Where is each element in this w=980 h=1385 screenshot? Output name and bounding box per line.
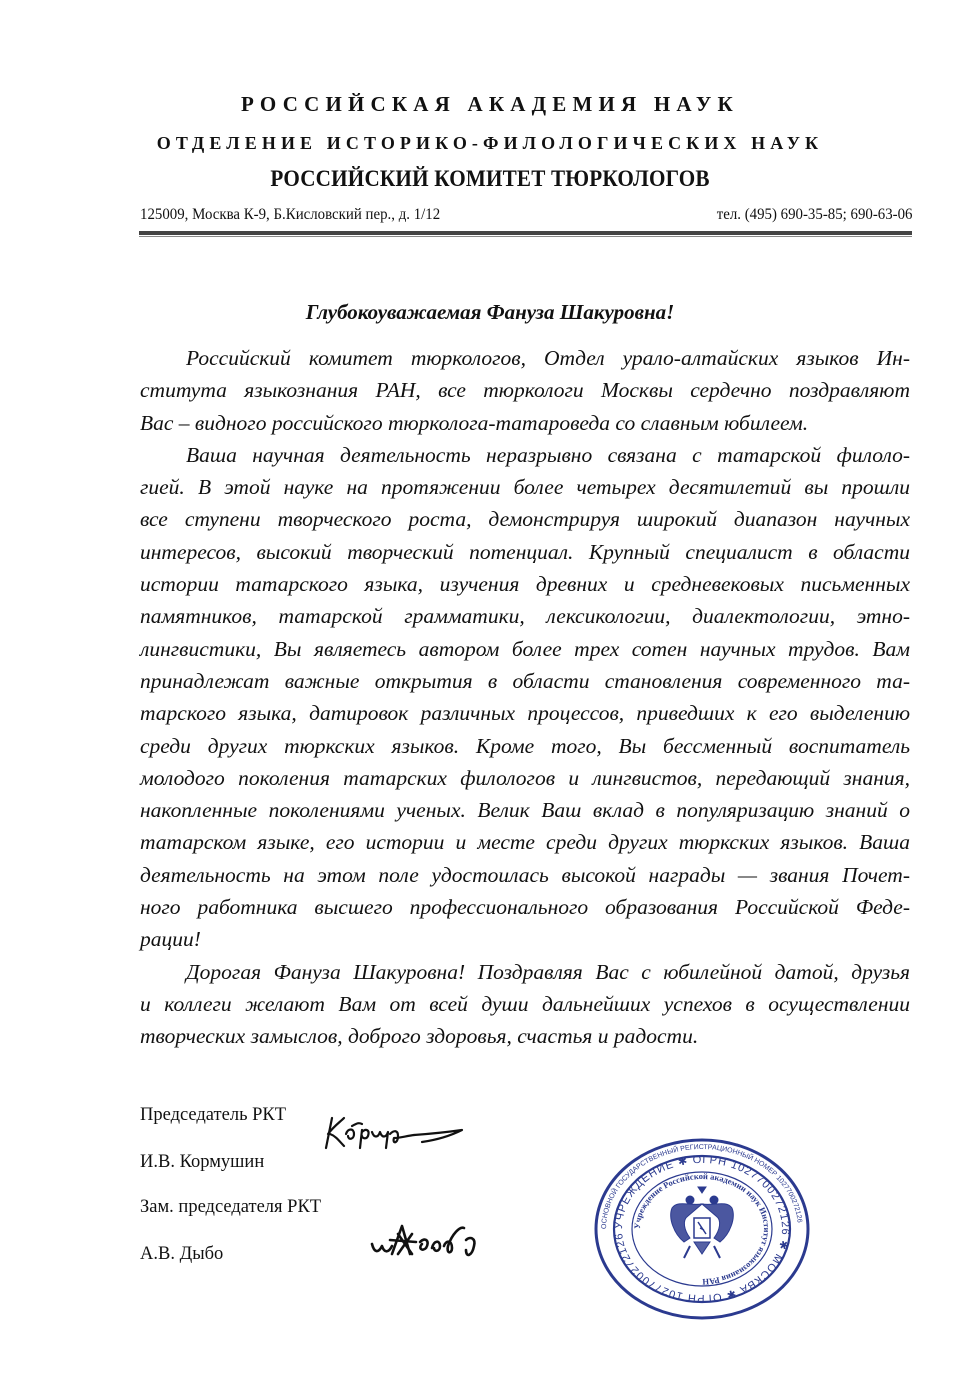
letter-page: РОССИЙСКАЯ АКАДЕМИЯ НАУК ОТДЕЛЕНИЕ ИСТОР… bbox=[0, 0, 980, 1385]
body-line: тарского языка, датировок различных проц… bbox=[140, 697, 910, 729]
body-line: ного работника высшего профессионального… bbox=[140, 891, 910, 923]
body-line: все ступени творческого роста, демонстри… bbox=[140, 503, 910, 535]
body-line: памятников, татарской грамматики, лексик… bbox=[140, 600, 910, 632]
salutation: Глубокоуважаемая Фануза Шакуровна! bbox=[0, 300, 980, 325]
letterhead-committee: РОССИЙСКИЙ КОМИТЕТ ТЮРКОЛОГОВ bbox=[39, 166, 941, 192]
body-line: истории татарского языка, изучения древн… bbox=[140, 568, 910, 600]
letterhead-department: ОТДЕЛЕНИЕ ИСТОРИКО-ФИЛОЛОГИЧЕСКИХ НАУК bbox=[0, 133, 980, 154]
body-line: ститута языкознания РАН, все тюркологи М… bbox=[140, 374, 910, 406]
deputy-name: А.В. Дыбо bbox=[140, 1244, 223, 1265]
body-line: лингвистики, Вы являетесь автором более … bbox=[140, 633, 910, 665]
body-line: Вас – видного российского тюрколога-тата… bbox=[140, 407, 910, 439]
letter-body: Российский комитет тюркологов, Отдел ура… bbox=[140, 342, 910, 1053]
letterhead-address: 125009, Москва К-9, Б.Кисловский пер., д… bbox=[140, 206, 440, 224]
chair-name: И.В. Кормушин bbox=[140, 1152, 264, 1173]
body-line: Дорогая Фануза Шакуровна! Поздравляя Вас… bbox=[140, 956, 910, 988]
chair-title: Председатель РКТ bbox=[140, 1105, 286, 1126]
body-line: молодого поколения татарских филологов и… bbox=[140, 762, 910, 794]
body-line: творческих замыслов, доброго здоровья, с… bbox=[140, 1020, 910, 1052]
body-line: гией. В этой науке на протяжении более ч… bbox=[140, 471, 910, 503]
body-line: накопленные поколениями ученых. Велик Ва… bbox=[140, 794, 910, 826]
body-line: деятельность на этом поле удостоилась вы… bbox=[140, 859, 910, 891]
deputy-signature-icon bbox=[368, 1220, 488, 1262]
body-line: Ваша научная деятельность неразрывно свя… bbox=[140, 439, 910, 471]
double-headed-eagle-icon bbox=[671, 1187, 734, 1258]
body-line: среди других тюркских языков. Кроме того… bbox=[140, 730, 910, 762]
body-line: интересов, высокий творческий потенциал.… bbox=[140, 536, 910, 568]
chair-signature-icon bbox=[318, 1108, 468, 1158]
body-line: принадлежат важные открытия в области ст… bbox=[140, 665, 910, 697]
body-line: татарском языке, его истории и месте сре… bbox=[140, 826, 910, 858]
body-line: Российский комитет тюркологов, Отдел ура… bbox=[140, 342, 910, 374]
body-line: и коллеги желают Вам от всей души дальне… bbox=[140, 988, 910, 1020]
letterhead-academy: РОССИЙСКАЯ АКАДЕМИЯ НАУК bbox=[0, 92, 980, 117]
body-line: рации! bbox=[140, 923, 910, 955]
letterhead-divider-thin bbox=[139, 236, 912, 237]
deputy-title: Зам. председателя РКТ bbox=[140, 1197, 321, 1218]
official-stamp: ОСНОВНОЙ ГОСУДАРСТВЕННЫЙ РЕГИСТРАЦИОННЫЙ… bbox=[594, 1138, 810, 1320]
letterhead-divider bbox=[139, 231, 912, 235]
letterhead-phone: тел. (495) 690-35-85; 690-63-06 bbox=[716, 206, 912, 224]
